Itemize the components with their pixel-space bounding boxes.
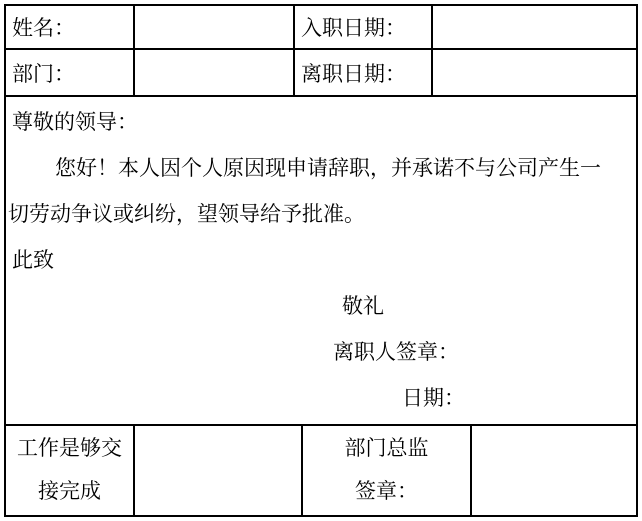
director-label-line-1: 部门总监 [303, 427, 470, 470]
department-label-cell: 部门： [6, 50, 135, 95]
hire-date-input-cell[interactable] [433, 6, 636, 50]
name-label: 姓名： [12, 12, 75, 42]
handover-label-cell: 工作是够交 接完成 [6, 426, 135, 515]
body-line-1: 您好！本人因个人原因现申请辞职，并承诺不与公司产生一 [55, 145, 636, 191]
salutation: 尊敬的领导： [12, 99, 636, 145]
date-label: 日期： [402, 375, 636, 421]
closing-cizhi: 此致 [12, 237, 636, 283]
header-table: 姓名： 入职日期： 部门： 离职日期： [6, 6, 636, 95]
leave-date-label: 离职日期： [301, 58, 406, 88]
director-label-cell: 部门总监 签章： [303, 426, 472, 515]
resignation-form: 姓名： 入职日期： 部门： 离职日期： 尊敬的领导： 您好！本人因个人原因现申请… [4, 4, 638, 517]
department-label: 部门： [12, 58, 75, 88]
department-input-cell[interactable] [135, 50, 295, 95]
leave-date-label-cell: 离职日期： [295, 50, 433, 95]
handover-label-line-2: 接完成 [6, 470, 133, 513]
letter-body-cell[interactable]: 尊敬的领导： 您好！本人因个人原因现申请辞职，并承诺不与公司产生一 切劳动争议或… [6, 95, 636, 426]
director-input-cell[interactable] [472, 426, 636, 515]
handover-label-line-1: 工作是够交 [6, 427, 133, 470]
name-input-cell[interactable] [135, 6, 295, 50]
name-label-cell: 姓名： [6, 6, 135, 50]
closing-jingli: 敬礼 [342, 283, 636, 329]
leave-date-input-cell[interactable] [433, 50, 636, 95]
body-line-2: 切劳动争议或纠纷，望领导给予批准。 [8, 191, 636, 237]
signer-label: 离职人签章： [333, 329, 636, 375]
handover-input-cell[interactable] [135, 426, 303, 515]
footer-table: 工作是够交 接完成 部门总监 签章： [6, 426, 636, 515]
hire-date-label-cell: 入职日期： [295, 6, 433, 50]
hire-date-label: 入职日期： [301, 12, 406, 42]
director-label-line-2: 签章： [303, 470, 470, 513]
